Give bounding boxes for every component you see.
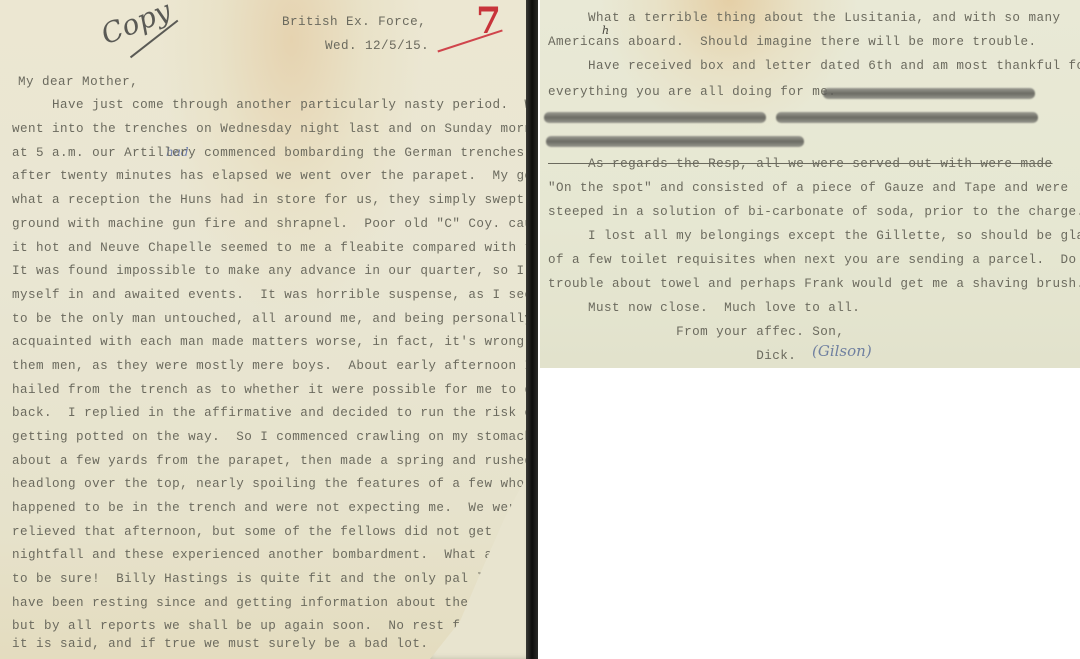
body-line: it is said, and if true we must surely b… [12,636,428,652]
copy-annotation: Copy [96,0,175,51]
letter-page-2: h What a terrible thing about the Lusita… [540,0,1080,368]
body-line: headlong over the top, nearly spoiling t… [12,476,524,492]
body-line: them men, as they were mostly mere boys.… [12,358,530,374]
redaction-bar [544,112,766,123]
body-line: acquainted with each man made matters wo… [12,334,530,350]
body-line: Dick. [548,348,796,364]
body-line: what a reception the Huns had in store f… [12,192,530,208]
page-edge-shadow [526,0,538,659]
body-line: after twenty minutes has elapsed we went… [12,168,530,184]
body-line: went into the trenches on Wednesday nigh… [12,121,530,137]
body-line: it hot and Neuve Chapelle seemed to me a… [12,240,530,256]
body-line: happened to be in the trench and were no… [12,500,524,516]
body-line: getting potted on the way. So I commence… [12,429,530,445]
body-line: Must now close. Much love to all. [548,300,860,316]
body-line: myself in and awaited events. It was hor… [12,287,530,303]
body-line: Have just come through another particula… [12,97,530,113]
redaction-bar [823,88,1035,99]
body-line: to be sure! Billy Hastings is quite fit … [12,571,500,587]
body-line: Americans aboard. Should imagine there w… [548,34,1036,50]
body-line: ground with machine gun fire and shrapne… [12,216,530,232]
body-line: to be the only man untouched, all around… [12,311,530,327]
body-line: steeped in a solution of bi-carbonate of… [548,204,1080,220]
body-line: As regards the Resp, all we were served … [548,156,1052,172]
letter-date: Wed. 12/5/15. [325,38,429,54]
body-line: nightfall and these experienced another … [12,547,516,563]
body-line: at 5 a.m. our Artillery commenced bombar… [12,145,530,161]
body-line: have been resting since and getting info… [12,595,484,611]
salutation: My dear Mother, [18,74,138,90]
body-line: back. I replied in the affirmative and d… [12,405,530,421]
signature-annotation: (Gilson) [812,342,872,360]
redaction-bar [776,112,1038,123]
body-line: From your affec. Son, [548,324,844,340]
body-line: What a terrible thing about the Lusitani… [548,10,1060,26]
letter-page-1: Copy 7 British Ex. Force, Wed. 12/5/15. … [0,0,530,659]
body-line: relieved that afternoon, but some of the… [12,524,530,540]
body-line: hailed from the trench as to whether it … [12,382,530,398]
body-line: about a few yards from the parapet, then… [12,453,530,469]
body-line: but by all reports we shall be up again … [12,618,508,634]
body-line: It was found impossible to make any adva… [12,263,530,279]
letter-location: British Ex. Force, [282,14,426,30]
redaction-bar [546,136,804,147]
body-line: trouble about towel and perhaps Frank wo… [548,276,1080,292]
body-line: Have received box and letter dated 6th a… [548,58,1080,74]
body-line: everything you are all doing for me. [548,84,844,100]
body-line: "On the spot" and consisted of a piece o… [548,180,1069,196]
body-line: of a few toilet requisites when next you… [548,252,1080,268]
body-line: I lost all my belongings except the Gill… [548,228,1080,244]
